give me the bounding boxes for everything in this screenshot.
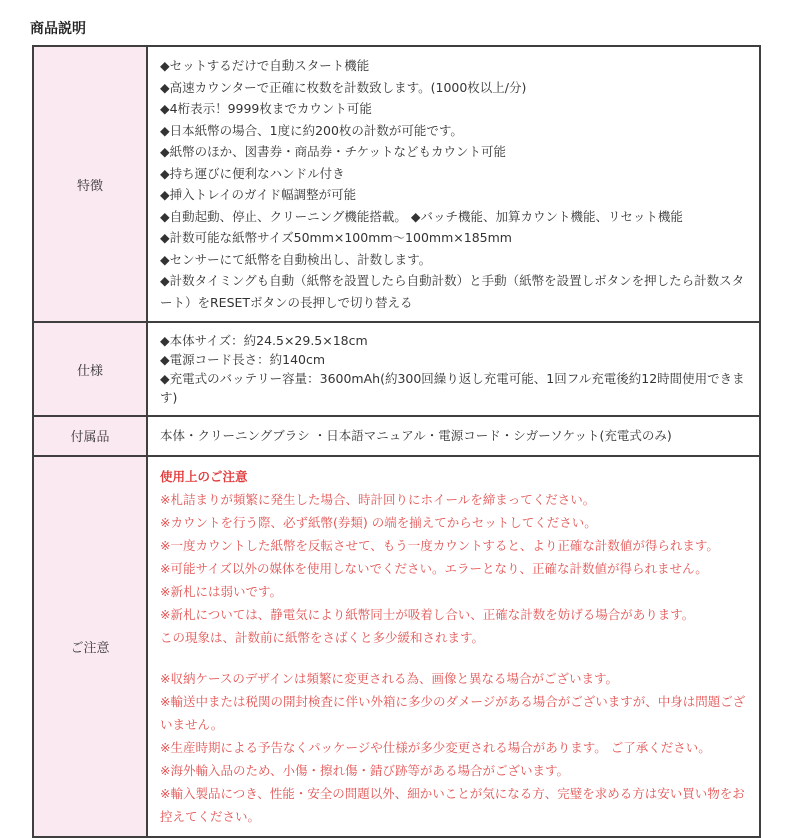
text-line: ※輸送中または税関の開封検査に伴い外箱に多少のダメージがある場合がございますが、… bbox=[160, 690, 747, 736]
table-row: 付属品 本体・クリーニングブラシ ・日本語マニュアル・電源コード・シガーソケット… bbox=[33, 416, 760, 456]
text-line: ※一度カウントした紙幣を反転させて、もう一度カウントすると、より正確な計数値が得… bbox=[160, 534, 747, 557]
text-line: ◆挿入トレイのガイド幅調整が可能 bbox=[160, 184, 747, 206]
text-line: ◆日本紙幣の場合、1度に約200枚の計数が可能です。 bbox=[160, 120, 747, 142]
row-content-cell: ◆本体サイズ：約24.5×29.5×18cm◆電源コード長さ：約140cm◆充電… bbox=[147, 322, 760, 416]
row-label: 付属品 bbox=[70, 430, 109, 445]
text-line: ※収納ケースのデザインは頻繁に変更される為、画像と異なる場合がございます。 bbox=[160, 667, 747, 690]
text-line: ※可能サイズ以外の媒体を使用しないでください。エラーとなり、正確な計数値が得られ… bbox=[160, 557, 747, 580]
product-description-section: 特徴 ◆セットするだけで自動スタート機能◆高速カウンターで正確に枚数を計数致しま… bbox=[32, 45, 761, 838]
row-label: 特徴 bbox=[77, 179, 103, 194]
row-content-cell: 使用上のご注意※札詰まりが頻繁に発生した場合、時計回りにホイールを締まってくださ… bbox=[147, 456, 760, 837]
row-label-cell: 付属品 bbox=[33, 416, 147, 456]
text-line: ※札詰まりが頻繁に発生した場合、時計回りにホイールを締まってください。 bbox=[160, 488, 747, 511]
text-line bbox=[160, 649, 747, 667]
row-label-cell: 仕様 bbox=[33, 322, 147, 416]
text-line: ◆本体サイズ：約24.5×29.5×18cm bbox=[160, 331, 747, 350]
text-line: この現象は、計数前に紙幣をさばくと多少緩和されます。 bbox=[160, 626, 747, 649]
product-table: 特徴 ◆セットするだけで自動スタート機能◆高速カウンターで正確に枚数を計数致しま… bbox=[32, 45, 761, 838]
text-line: ◆計数タイミングも自動（紙幣を設置したら自動計数）と手動（紙幣を設置しボタンを押… bbox=[160, 270, 747, 313]
table-row: 特徴 ◆セットするだけで自動スタート機能◆高速カウンターで正確に枚数を計数致しま… bbox=[33, 46, 760, 322]
text-line: ※新札には弱いです。 bbox=[160, 580, 747, 603]
text-line: ◆センサーにて紙幣を自動検出し、計数します。 bbox=[160, 249, 747, 271]
text-line: ※カウントを行う際、必ず紙幣(券類) の端を揃えてからセットしてください。 bbox=[160, 511, 747, 534]
text-line: 本体・クリーニングブラシ ・日本語マニュアル・電源コード・シガーソケット(充電式… bbox=[160, 425, 747, 447]
row-content-cell: 本体・クリーニングブラシ ・日本語マニュアル・電源コード・シガーソケット(充電式… bbox=[147, 416, 760, 456]
text-line: ◆高速カウンターで正確に枚数を計数致します。(1000枚以上/分) bbox=[160, 77, 747, 99]
row-content-cell: ◆セットするだけで自動スタート機能◆高速カウンターで正確に枚数を計数致します。(… bbox=[147, 46, 760, 322]
text-line: ※輸入製品につき、性能・安全の問題以外、細かいことが気になる方、完璧を求める方は… bbox=[160, 782, 747, 828]
text-line: ◆充電式のバッテリー容量：3600mAh(約300回繰り返し充電可能、1回フル充… bbox=[160, 369, 747, 407]
text-line: ※新札については、静電気により紙幣同士が吸着し合い、正確な計数を妨げる場合があり… bbox=[160, 603, 747, 626]
text-line: ◆自動起動、停止、クリーニング機能搭載。 ◆バッチ機能、加算カウント機能、リセッ… bbox=[160, 206, 747, 228]
row-label-cell: 特徴 bbox=[33, 46, 147, 322]
text-line: ◆計数可能な紙幣サイズ50mm×100mm〜100mm×185mm bbox=[160, 227, 747, 249]
table-row: 仕様 ◆本体サイズ：約24.5×29.5×18cm◆電源コード長さ：約140cm… bbox=[33, 322, 760, 416]
text-line: ◆紙幣のほか、図書券・商品券・チケットなどもカウント可能 bbox=[160, 141, 747, 163]
text-line: ◆4桁表示！9999枚までカウント可能 bbox=[160, 98, 747, 120]
page-title: 商品説明 bbox=[30, 18, 86, 38]
text-line: ※海外輸入品のため、小傷・擦れ傷・錆び跡等がある場合がございます。 bbox=[160, 759, 747, 782]
row-label: 仕様 bbox=[77, 364, 103, 379]
table-row: ご注意 使用上のご注意※札詰まりが頻繁に発生した場合、時計回りにホイールを締まっ… bbox=[33, 456, 760, 837]
text-line: ◆持ち運びに便利なハンドル付き bbox=[160, 163, 747, 185]
row-label-cell: ご注意 bbox=[33, 456, 147, 837]
caution-heading: 使用上のご注意 bbox=[160, 465, 747, 488]
row-label: ご注意 bbox=[70, 641, 109, 656]
product-table-body: 特徴 ◆セットするだけで自動スタート機能◆高速カウンターで正確に枚数を計数致しま… bbox=[33, 46, 760, 837]
text-line: ◆セットするだけで自動スタート機能 bbox=[160, 55, 747, 77]
text-line: ◆電源コード長さ：約140cm bbox=[160, 350, 747, 369]
text-line: ※生産時期による予告なくパッケージや仕様が多少変更される場合があります。 ご了承… bbox=[160, 736, 747, 759]
